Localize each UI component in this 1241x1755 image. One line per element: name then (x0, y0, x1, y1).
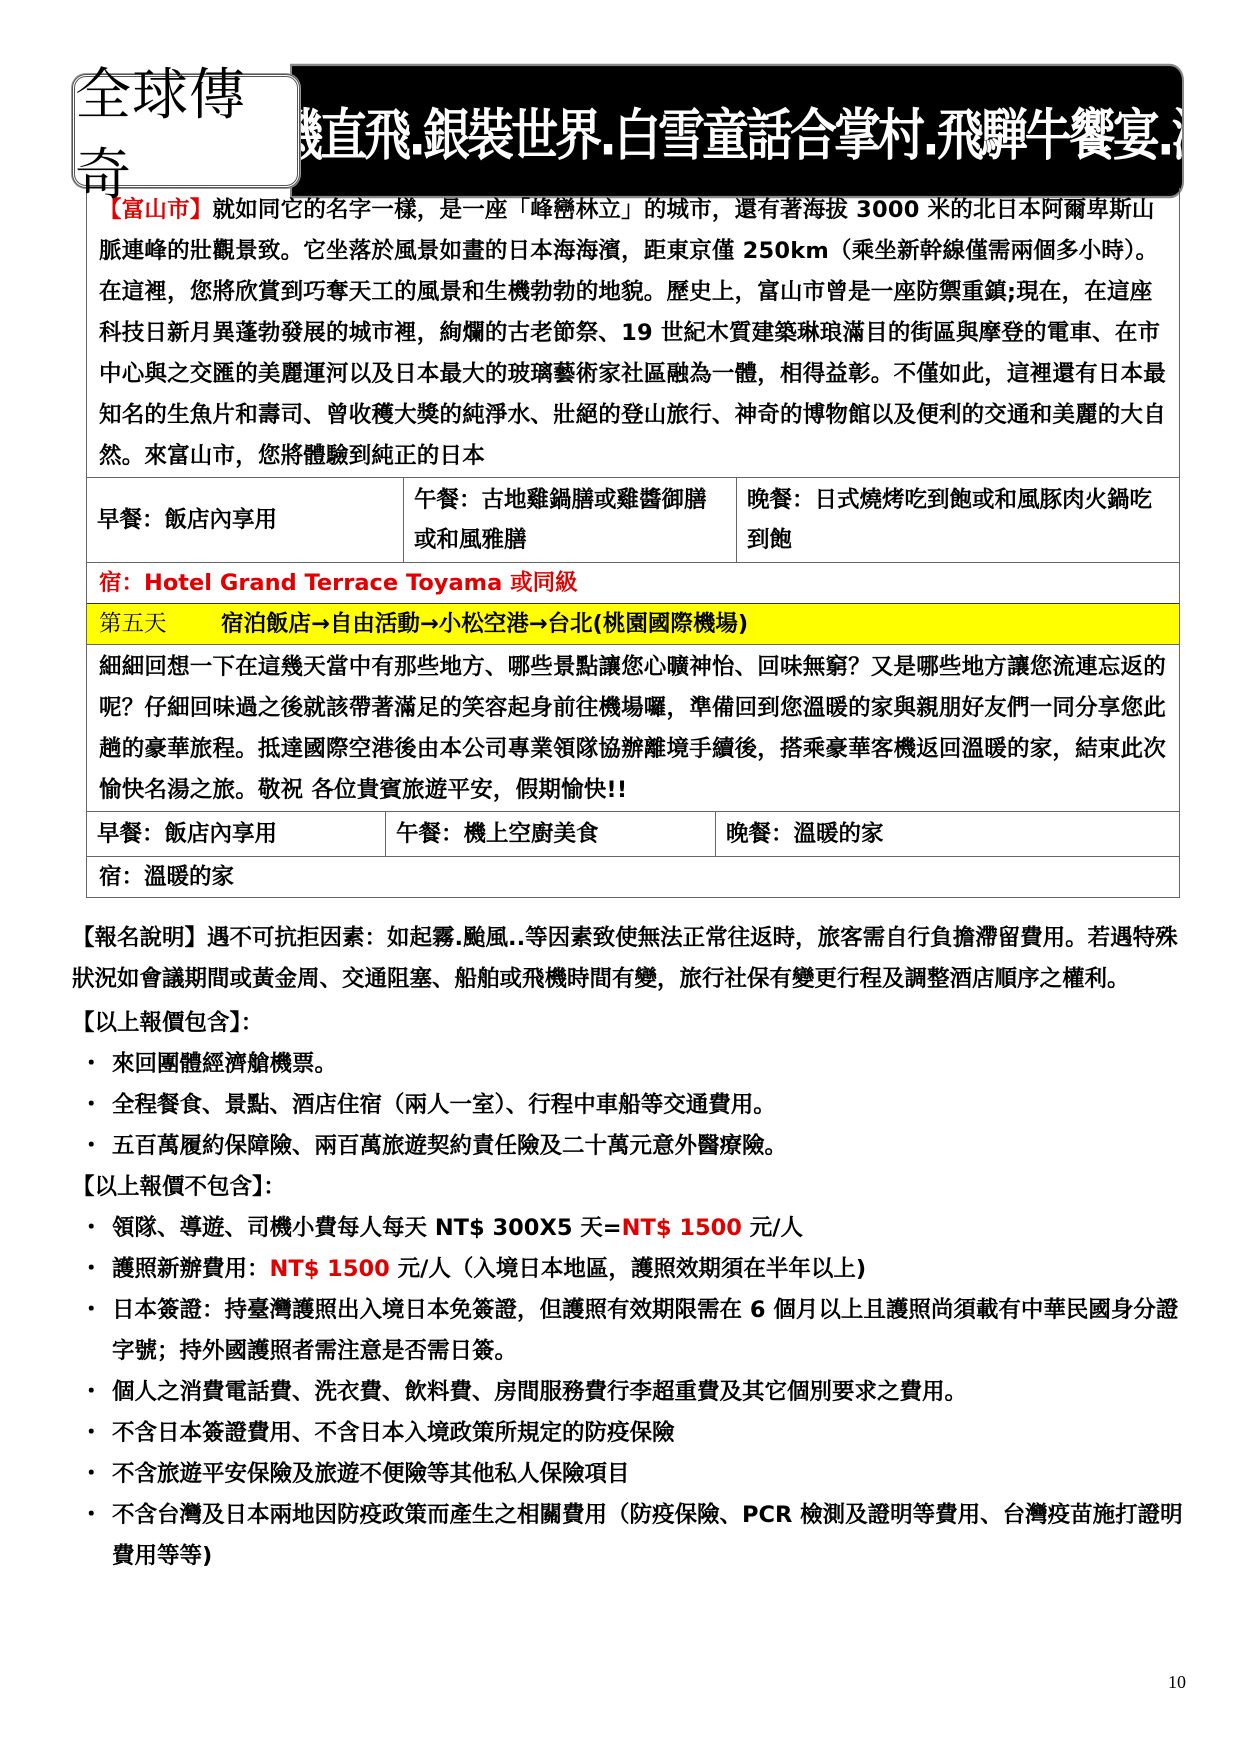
bullet-icon: ・ (80, 1413, 103, 1454)
bullet-icon: ・ (80, 1495, 103, 1536)
day5-meals-row: 早餐：飯店內享用 午餐：機上空廚美食 晚餐：溫暖的家 (87, 811, 1179, 856)
included-list: ・來回團體經濟艙機票。 ・全程餐食、景點、酒店住宿（兩人一室）、行程中車船等交通… (72, 1044, 1192, 1167)
list-item: ・護照新辦費用：NT$ 1500 元/人（入境日本地區，護照效期須在半年以上) (72, 1249, 1192, 1290)
day4-hotel: 宿：Hotel Grand Terrace Toyama 或同級 (87, 562, 1179, 603)
bullet-icon: ・ (80, 1290, 103, 1331)
list-item: ・不含日本簽證費用、不含日本入境政策所規定的防疫保險 (72, 1413, 1192, 1454)
tour-title: 小松包機直飛.銀裝世界.白雪童話合掌村.飛騨牛饗宴.溫泉五日 (292, 66, 1182, 196)
day5-description-row: 細細回想一下在這幾天當中有那些地方、哪些景點讓您心曠神怡、回味無窮？又是哪些地方… (87, 644, 1179, 811)
city-description: 就如同它的名字一樣，是一座「峰巒林立」的城市，還有著海拔 3000 米的北日本阿… (99, 197, 1166, 469)
price-highlight: NT$ 1500 (270, 1256, 390, 1282)
included-heading: 【以上報價包含】： (72, 1003, 1192, 1044)
day4-dinner: 晚餐：日式燒烤吃到飽或和風豚肉火鍋吃到飽 (736, 478, 1179, 562)
day5-breakfast: 早餐：飯店內享用 (87, 812, 385, 856)
day4-description-row: 【富山市】就如同它的名字一樣，是一座「峰巒林立」的城市，還有著海拔 3000 米… (87, 188, 1179, 477)
day4-meals-row: 早餐：飯店內享用 午餐：古地雞鍋膳或雞醬御膳或和風雅膳 晚餐：日式燒烤吃到飽或和… (87, 477, 1179, 562)
bullet-icon: ・ (80, 1454, 103, 1495)
list-item: ・日本簽證：持臺灣護照出入境日本免簽證，但護照有效期限需在 6 個月以上且護照尚… (72, 1290, 1192, 1372)
list-item: ・五百萬履約保障險、兩百萬旅遊契約責任險及二十萬元意外醫療險。 (72, 1126, 1192, 1167)
bullet-icon: ・ (80, 1249, 103, 1290)
day5-header-band: 第五天 宿泊飯店→自由活動→小松空港→台北(桃園國際機場) (87, 603, 1179, 644)
list-item: ・不含旅遊平安保險及旅遊不便險等其他私人保險項目 (72, 1454, 1192, 1495)
day5-label: 第五天 (99, 604, 221, 644)
bullet-icon: ・ (80, 1085, 103, 1126)
price-highlight: NT$ 1500 (622, 1215, 742, 1241)
bullet-icon: ・ (80, 1372, 103, 1413)
day5-description: 細細回想一下在這幾天當中有那些地方、哪些景點讓您心曠神怡、回味無窮？又是哪些地方… (87, 645, 1179, 811)
day5-route: 宿泊飯店→自由活動→小松空港→台北(桃園國際機場) (221, 604, 748, 644)
bullet-icon: ・ (80, 1126, 103, 1167)
brand-label: 全球傳奇 (72, 74, 300, 188)
excluded-heading: 【以上報價不包含】： (72, 1167, 1192, 1208)
day4-description: 【富山市】就如同它的名字一樣，是一座「峰巒林立」的城市，還有著海拔 3000 米… (87, 188, 1179, 477)
day5-hotel: 宿：溫暖的家 (87, 856, 1179, 897)
list-item: ・不含台灣及日本兩地因防疫政策而產生之相關費用（防疫保險、PCR 檢測及證明等費… (72, 1495, 1192, 1577)
excluded-list: ・領隊、導遊、司機小費每人每天 NT$ 300X5 天=NT$ 1500 元/人… (72, 1208, 1192, 1577)
itinerary-table: 【富山市】就如同它的名字一樣，是一座「峰巒林立」的城市，還有著海拔 3000 米… (86, 188, 1180, 898)
page-number: 10 (1168, 1672, 1186, 1693)
registration-notice: 【報名說明】遇不可抗拒因素：如起霧.颱風..等因素致使無法正常往返時，旅客需自行… (72, 918, 1192, 1000)
list-item: ・個人之消費電話費、洗衣費、飲料費、房間服務費行李超重費及其它個別要求之費用。 (72, 1372, 1192, 1413)
day5-lunch: 午餐：機上空廚美食 (385, 812, 715, 856)
day4-lunch: 午餐：古地雞鍋膳或雞醬御膳或和風雅膳 (403, 478, 736, 562)
list-item: ・來回團體經濟艙機票。 (72, 1044, 1192, 1085)
day5-dinner: 晚餐：溫暖的家 (715, 812, 1179, 856)
bullet-icon: ・ (80, 1208, 103, 1249)
day4-breakfast: 早餐：飯店內享用 (87, 478, 403, 562)
notes-section: 【報名說明】遇不可抗拒因素：如起霧.颱風..等因素致使無法正常往返時，旅客需自行… (72, 918, 1192, 1577)
list-item: ・領隊、導遊、司機小費每人每天 NT$ 300X5 天=NT$ 1500 元/人 (72, 1208, 1192, 1249)
bullet-icon: ・ (80, 1044, 103, 1085)
list-item: ・全程餐食、景點、酒店住宿（兩人一室）、行程中車船等交通費用。 (72, 1085, 1192, 1126)
header-banner: 全球傳奇 小松包機直飛.銀裝世界.白雪童話合掌村.飛騨牛饗宴.溫泉五日 (72, 74, 1182, 188)
